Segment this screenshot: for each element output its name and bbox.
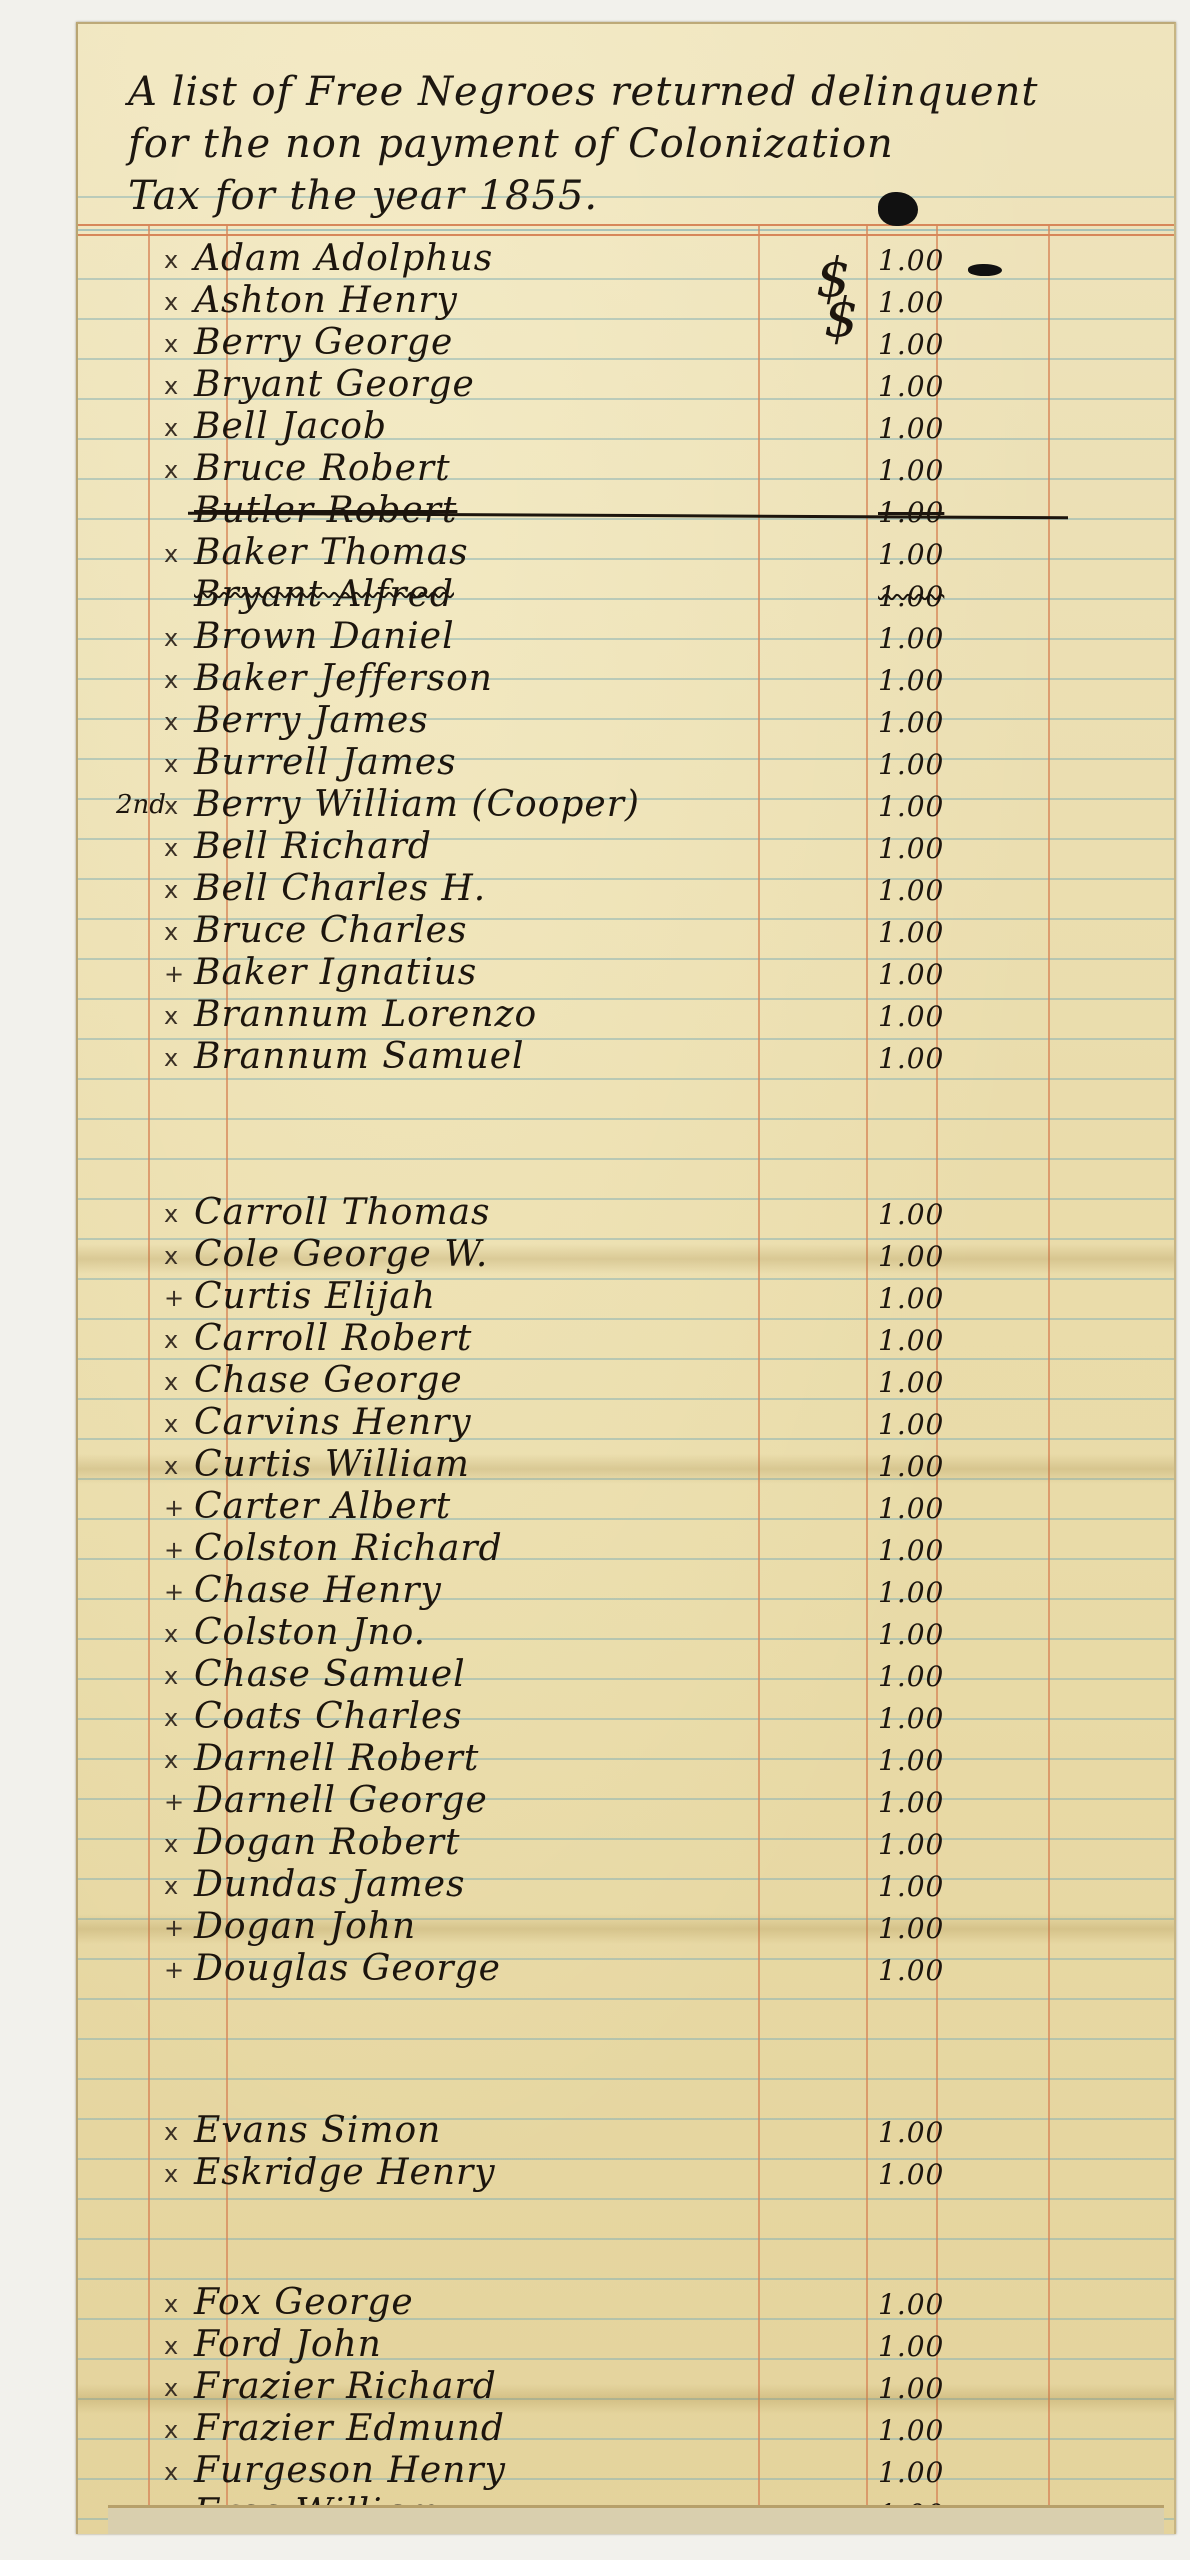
entry-name: Baker Thomas (194, 532, 469, 573)
check-mark: + (164, 1788, 184, 1816)
entry-amount: 1.00 (878, 1408, 944, 1441)
entry-name: Ashton Henry (194, 280, 458, 321)
ledger-entry: x Evans Simon 1.00 (78, 2116, 1174, 2156)
entry-name: Dogan Robert (194, 1822, 460, 1863)
ledger-entry-scribbled: Bryant Alfred 1.00 (78, 580, 1174, 620)
entry-name: Adam Adolphus (194, 238, 493, 279)
entry-name: Chase George (194, 1360, 463, 1401)
entry-amount: 1.00 (878, 1618, 944, 1651)
ledger-entry: x Bell Charles H. 1.00 (78, 874, 1174, 914)
entry-name: Fox George (194, 2282, 414, 2323)
ledger-entry: x Frazier Richard 1.00 (78, 2372, 1174, 2412)
entry-amount: 1.00 (878, 1042, 944, 1075)
check-mark: x (164, 666, 178, 694)
ledger-entry: x Adam Adolphus 1.00 (78, 244, 1174, 284)
torn-paper-edge (108, 2505, 1164, 2534)
entry-name: Carroll Thomas (194, 1192, 491, 1233)
title-line: Tax for the year 1855. (128, 170, 1148, 222)
check-mark: x (164, 540, 178, 568)
ledger-entry: x Dogan Robert 1.00 (78, 1828, 1174, 1868)
check-mark: x (164, 330, 178, 358)
ledger-entry: x Bruce Robert 1.00 (78, 454, 1174, 494)
check-mark: x (164, 750, 178, 778)
ledger-entry: x Dundas James 1.00 (78, 1870, 1174, 1910)
check-mark: x (164, 1242, 178, 1270)
ledger-entry: + Dogan John 1.00 (78, 1912, 1174, 1952)
entry-name: Berry George (194, 322, 453, 363)
entry-amount: 1.00 (878, 1870, 944, 1903)
check-mark: + (164, 1536, 184, 1564)
check-mark: x (164, 1662, 178, 1690)
entry-amount: 1.00 (878, 790, 944, 823)
check-mark: + (164, 1494, 184, 1522)
ledger-page: A list of Free Negroes returned delinque… (76, 22, 1176, 2534)
ledger-entry: x Bruce Charles 1.00 (78, 916, 1174, 956)
entry-name: Bryant George (194, 364, 475, 405)
ledger-entry: x Ford John 1.00 (78, 2330, 1174, 2370)
check-mark: x (164, 1326, 178, 1354)
ledger-entry: + Douglas George 1.00 (78, 1954, 1174, 1994)
entry-amount: 1.00 (878, 496, 944, 529)
entry-amount: 1.00 (878, 622, 944, 655)
entry-amount: 1.00 (878, 748, 944, 781)
entry-name: Colston Richard (194, 1528, 503, 1569)
check-mark: x (164, 1002, 178, 1030)
ledger-entry: x Frazier Edmund 1.00 (78, 2414, 1174, 2454)
check-mark: x (164, 624, 178, 652)
entry-amount: 1.00 (878, 1000, 944, 1033)
entry-name: Bell Charles H. (194, 868, 486, 909)
check-mark: x (164, 1704, 178, 1732)
entry-name: Carter Albert (194, 1486, 451, 1527)
ledger-entry: x Brannum Lorenzo 1.00 (78, 1000, 1174, 1040)
entry-name: Carroll Robert (194, 1318, 472, 1359)
entry-name: Butler Robert (194, 490, 457, 531)
ledger-entry: x Berry James 1.00 (78, 706, 1174, 746)
entry-amount: 1.00 (878, 1912, 944, 1945)
ledger-entry: x Cole George W. 1.00 (78, 1240, 1174, 1280)
header-red-rule (78, 234, 1174, 236)
check-mark: + (164, 1956, 184, 1984)
entry-amount: 1.00 (878, 1450, 944, 1483)
title-line: for the non payment of Colonization (128, 118, 1148, 170)
entry-name: Douglas George (194, 1948, 501, 1989)
ledger-entry: + Chase Henry 1.00 (78, 1576, 1174, 1616)
check-mark: x (164, 372, 178, 400)
entry-amount: 1.00 (878, 706, 944, 739)
entry-amount: 1.00 (878, 2456, 944, 2489)
entry-name: Baker Jefferson (194, 658, 493, 699)
check-mark: x (164, 876, 178, 904)
entry-amount: 1.00 (878, 958, 944, 991)
ledger-entry: x Furgeson Henry 1.00 (78, 2456, 1174, 2496)
ledger-entry-struck: Butler Robert 1.00 (78, 496, 1174, 536)
entry-amount: 1.00 (878, 412, 944, 445)
entry-amount: 1.00 (878, 1366, 944, 1399)
entry-amount: 1.00 (878, 1324, 944, 1357)
entry-amount: 1.00 (878, 538, 944, 571)
check-mark: x (164, 1452, 178, 1480)
ledger-entry: x Coats Charles 1.00 (78, 1702, 1174, 1742)
check-mark: x (164, 792, 178, 820)
check-mark: + (164, 1578, 184, 1606)
check-mark: x (164, 2332, 178, 2360)
ledger-entry: + Darnell George 1.00 (78, 1786, 1174, 1826)
check-mark: x (164, 2458, 178, 2486)
entry-name: Darnell George (194, 1780, 488, 1821)
header-blue-rule (78, 229, 1174, 231)
entry-name: Bruce Robert (194, 448, 451, 489)
check-mark: + (164, 1914, 184, 1942)
check-mark: + (164, 1284, 184, 1312)
entry-name: Ford John (194, 2324, 382, 2365)
entry-name: Berry James (194, 700, 429, 741)
check-mark: x (164, 1368, 178, 1396)
ledger-entry: x Burrell James 1.00 (78, 748, 1174, 788)
check-mark: x (164, 2290, 178, 2318)
entry-name: Eskridge Henry (194, 2152, 496, 2193)
ledger-entry: x Baker Thomas 1.00 (78, 538, 1174, 578)
ledger-entry: + Baker Ignatius 1.00 (78, 958, 1174, 998)
ledger-entry: x Chase George 1.00 (78, 1366, 1174, 1406)
ledger-entry: + Curtis Elijah 1.00 (78, 1282, 1174, 1322)
entry-amount: 1.00 (878, 2414, 944, 2447)
check-mark: x (164, 1620, 178, 1648)
entry-name: Frazier Richard (194, 2366, 497, 2407)
entry-name: Evans Simon (194, 2110, 441, 2151)
check-mark: x (164, 2118, 178, 2146)
entry-prefix: 2nd (116, 790, 166, 820)
entry-name: Dundas James (194, 1864, 465, 1905)
ledger-entry: + Colston Richard 1.00 (78, 1534, 1174, 1574)
entry-amount: 1.00 (878, 1534, 944, 1567)
ledger-entry: x Eskridge Henry 1.00 (78, 2158, 1174, 2198)
entry-name: Chase Samuel (194, 1654, 466, 1695)
ledger-entry: x Berry George 1.00 (78, 328, 1174, 368)
entry-name: Baker Ignatius (194, 952, 477, 993)
entry-amount: 1.00 (878, 2116, 944, 2149)
entry-amount: 1.00 (878, 1744, 944, 1777)
entry-name: Cole George W. (194, 1234, 488, 1275)
entry-name: Coats Charles (194, 1696, 463, 1737)
entry-amount: 1.00 (878, 1786, 944, 1819)
check-mark: x (164, 2374, 178, 2402)
entry-amount: 1.00 (878, 2158, 944, 2191)
entry-amount: 1.00 (878, 580, 944, 613)
title-line: A list of Free Negroes returned delinque… (128, 66, 1148, 118)
entry-amount: 1.00 (878, 2372, 944, 2405)
entry-amount: 1.00 (878, 832, 944, 865)
ledger-entry: x Carroll Thomas 1.00 (78, 1198, 1174, 1238)
check-mark: x (164, 2416, 178, 2444)
entry-amount: 1.00 (878, 916, 944, 949)
entry-amount: 1.00 (878, 664, 944, 697)
check-mark: x (164, 708, 178, 736)
entry-name: Furgeson Henry (194, 2450, 506, 2491)
check-mark: x (164, 1746, 178, 1774)
entry-name: Curtis Elijah (194, 1276, 436, 1317)
entry-name: Chase Henry (194, 1570, 442, 1611)
check-mark: x (164, 1044, 178, 1072)
entry-amount: 1.00 (878, 1660, 944, 1693)
entry-amount: 1.00 (878, 2288, 944, 2321)
entry-name: Colston Jno. (194, 1612, 426, 1653)
ledger-entry: x Bell Richard 1.00 (78, 832, 1174, 872)
entry-amount: 1.00 (878, 454, 944, 487)
entry-amount: 1.00 (878, 1282, 944, 1315)
entry-amount: 1.00 (878, 286, 944, 319)
entry-name: Bell Jacob (194, 406, 387, 447)
ledger-entry: x Darnell Robert 1.00 (78, 1744, 1174, 1784)
check-mark: x (164, 414, 178, 442)
entry-amount: 1.00 (878, 2330, 944, 2363)
entry-name: Darnell Robert (194, 1738, 479, 1779)
ledger-entry: x Bryant George 1.00 (78, 370, 1174, 410)
check-mark: x (164, 456, 178, 484)
check-mark: x (164, 918, 178, 946)
entry-amount: 1.00 (878, 328, 944, 361)
ledger-entry: x Brannum Samuel 1.00 (78, 1042, 1174, 1082)
entry-name: Brannum Samuel (194, 1036, 525, 1077)
entry-name: Brown Daniel (194, 616, 455, 657)
entry-amount: 1.00 (878, 874, 944, 907)
entry-amount: 1.00 (878, 1198, 944, 1231)
check-mark: x (164, 834, 178, 862)
check-mark: x (164, 1200, 178, 1228)
entry-name: Frazier Edmund (194, 2408, 505, 2449)
check-mark: x (164, 2160, 178, 2188)
entry-name: Bruce Charles (194, 910, 467, 951)
ledger-entry: x Carvins Henry 1.00 (78, 1408, 1174, 1448)
ledger-entry: x Carroll Robert 1.00 (78, 1324, 1174, 1364)
entry-amount: 1.00 (878, 1576, 944, 1609)
entry-name: Berry William (Cooper) (194, 784, 640, 825)
check-mark: x (164, 288, 178, 316)
entry-name: Carvins Henry (194, 1402, 472, 1443)
check-mark: x (164, 246, 178, 274)
check-mark: x (164, 1410, 178, 1438)
ledger-entry: x Ashton Henry 1.00 (78, 286, 1174, 326)
entry-name: Curtis William (194, 1444, 470, 1485)
header-red-rule (78, 224, 1174, 226)
entry-amount: 1.00 (878, 1702, 944, 1735)
entry-amount: 1.00 (878, 1828, 944, 1861)
entry-name: Bell Richard (194, 826, 432, 867)
ledger-entry: x Colston Jno. 1.00 (78, 1618, 1174, 1658)
entry-name: Burrell James (194, 742, 457, 783)
check-mark: x (164, 1872, 178, 1900)
entry-name: Brannum Lorenzo (194, 994, 537, 1035)
ledger-entry: x Chase Samuel 1.00 (78, 1660, 1174, 1700)
document-title: A list of Free Negroes returned delinque… (128, 66, 1148, 222)
entry-amount: 1.00 (878, 1240, 944, 1273)
ledger-entry: + Carter Albert 1.00 (78, 1492, 1174, 1532)
check-mark: x (164, 1830, 178, 1858)
entry-amount: 1.00 (878, 244, 944, 277)
entry-amount: 1.00 (878, 370, 944, 403)
ledger-entry: x Fox George 1.00 (78, 2288, 1174, 2328)
entry-name: Dogan John (194, 1906, 416, 1947)
ledger-entry: 2nd x Berry William (Cooper) 1.00 (78, 790, 1174, 830)
entry-amount: 1.00 (878, 1954, 944, 1987)
check-mark: + (164, 960, 184, 988)
ledger-entry: x Bell Jacob 1.00 (78, 412, 1174, 452)
ledger-entry: x Brown Daniel 1.00 (78, 622, 1174, 662)
entry-amount: 1.00 (878, 1492, 944, 1525)
ledger-entry: x Curtis William 1.00 (78, 1450, 1174, 1490)
ledger-entry: x Baker Jefferson 1.00 (78, 664, 1174, 704)
entry-name: Bryant Alfred (194, 574, 454, 615)
